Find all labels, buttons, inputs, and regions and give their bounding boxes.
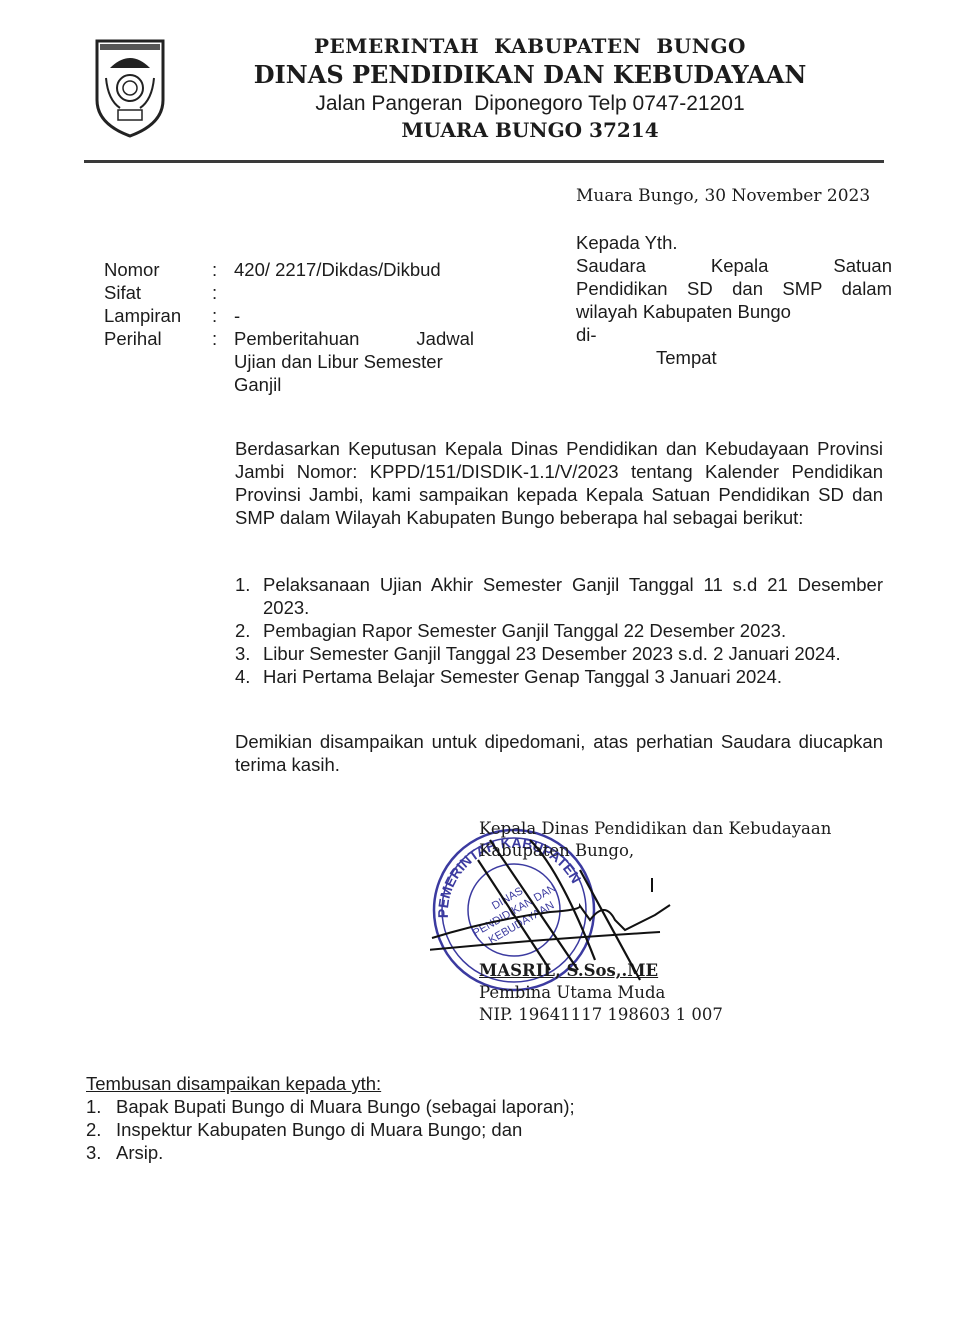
list-number: 3.: [235, 642, 263, 665]
cc-number: 3.: [86, 1141, 116, 1164]
body-list: 1. Pelaksanaan Ujian Akhir Semester Ganj…: [235, 573, 883, 688]
cc-text: Inspektur Kabupaten Bungo di Muara Bungo…: [116, 1118, 522, 1141]
recipient-place: Tempat: [576, 346, 892, 369]
meta-colon: :: [212, 281, 234, 304]
cc-item: 2. Inspektur Kabupaten Bungo di Muara Bu…: [86, 1118, 686, 1141]
meta-value-lampiran: -: [234, 304, 474, 327]
meta-row-nomor: Nomor : 420/ 2217/Dikdas/Dikbud: [104, 258, 474, 281]
letterhead-government: PEMERINTAH KABUPATEN BUNGO: [250, 34, 810, 58]
meta-row-perihal: Perihal : Pemberitahuan Jadwal Ujian dan…: [104, 327, 474, 396]
list-text: Libur Semester Ganjil Tanggal 23 Desembe…: [263, 642, 883, 665]
meta-row-lampiran: Lampiran : -: [104, 304, 474, 327]
recipient-salutation: Kepada Yth.: [576, 231, 892, 254]
letterhead-agency: DINAS PENDIDIKAN DAN KEBUDAYAAN: [250, 60, 810, 89]
letter-meta: Nomor : 420/ 2217/Dikdas/Dikbud Sifat : …: [104, 258, 474, 396]
cc-number: 1.: [86, 1095, 116, 1118]
meta-label: Lampiran: [104, 304, 212, 327]
list-item: 4. Hari Pertama Belajar Semester Genap T…: [235, 665, 883, 688]
list-number: 4.: [235, 665, 263, 688]
meta-label: Sifat: [104, 281, 212, 304]
letterhead-address: Jalan Pangeran Diponegoro Telp 0747-2120…: [250, 92, 810, 116]
list-text: Hari Pertama Belajar Semester Genap Tang…: [263, 665, 883, 688]
letterhead-divider: [84, 160, 884, 163]
cc-number: 2.: [86, 1118, 116, 1141]
list-item: 1. Pelaksanaan Ujian Akhir Semester Ganj…: [235, 573, 883, 619]
list-number: 2.: [235, 619, 263, 642]
meta-value-perihal: Pemberitahuan Jadwal Ujian dan Libur Sem…: [234, 327, 474, 396]
perihal-line: Ujian dan Libur Semester: [234, 350, 474, 373]
body-closing: Demikian disampaikan untuk dipedomani, a…: [235, 730, 883, 776]
list-number: 1.: [235, 573, 263, 619]
cc-title: Tembusan disampaikan kepada yth:: [86, 1072, 686, 1095]
body-intro: Berdasarkan Keputusan Kepala Dinas Pendi…: [235, 437, 883, 529]
letterhead-city: MUARA BUNGO 37214: [250, 118, 810, 142]
meta-value-nomor: 420/ 2217/Dikdas/Dikbud: [234, 258, 474, 281]
list-text: Pelaksanaan Ujian Akhir Semester Ganjil …: [263, 573, 883, 619]
recipient-line: Pendidikan SD dan SMP dalam: [576, 277, 892, 300]
recipient-line: Saudara Kepala Satuan: [576, 254, 892, 277]
meta-colon: :: [212, 327, 234, 396]
perihal-line: Ganjil: [234, 373, 474, 396]
handwritten-signature-icon: [430, 820, 680, 1000]
recipient-block: Kepada Yth. Saudara Kepala Satuan Pendid…: [576, 231, 892, 369]
meta-value-sifat: [234, 281, 474, 304]
recipient-line: di-: [576, 323, 892, 346]
list-item: 2. Pembagian Rapor Semester Ganjil Tangg…: [235, 619, 883, 642]
recipient-line: wilayah Kabupaten Bungo: [576, 300, 892, 323]
regency-coat-of-arms-icon: [94, 38, 166, 138]
meta-label: Nomor: [104, 258, 212, 281]
meta-row-sifat: Sifat :: [104, 281, 474, 304]
perihal-line: Pemberitahuan Jadwal: [234, 327, 474, 350]
cc-block: Tembusan disampaikan kepada yth: 1. Bapa…: [86, 1072, 686, 1164]
meta-colon: :: [212, 258, 234, 281]
cc-text: Arsip.: [116, 1141, 163, 1164]
list-text: Pembagian Rapor Semester Ganjil Tanggal …: [263, 619, 883, 642]
signatory-nip: NIP. 19641117 198603 1 007: [479, 1004, 899, 1026]
letter-date: Muara Bungo, 30 November 2023: [576, 186, 870, 206]
cc-item: 1. Bapak Bupati Bungo di Muara Bungo (se…: [86, 1095, 686, 1118]
list-item: 3. Libur Semester Ganjil Tanggal 23 Dese…: [235, 642, 883, 665]
meta-colon: :: [212, 304, 234, 327]
cc-text: Bapak Bupati Bungo di Muara Bungo (sebag…: [116, 1095, 575, 1118]
cc-item: 3. Arsip.: [86, 1141, 686, 1164]
meta-label: Perihal: [104, 327, 212, 396]
